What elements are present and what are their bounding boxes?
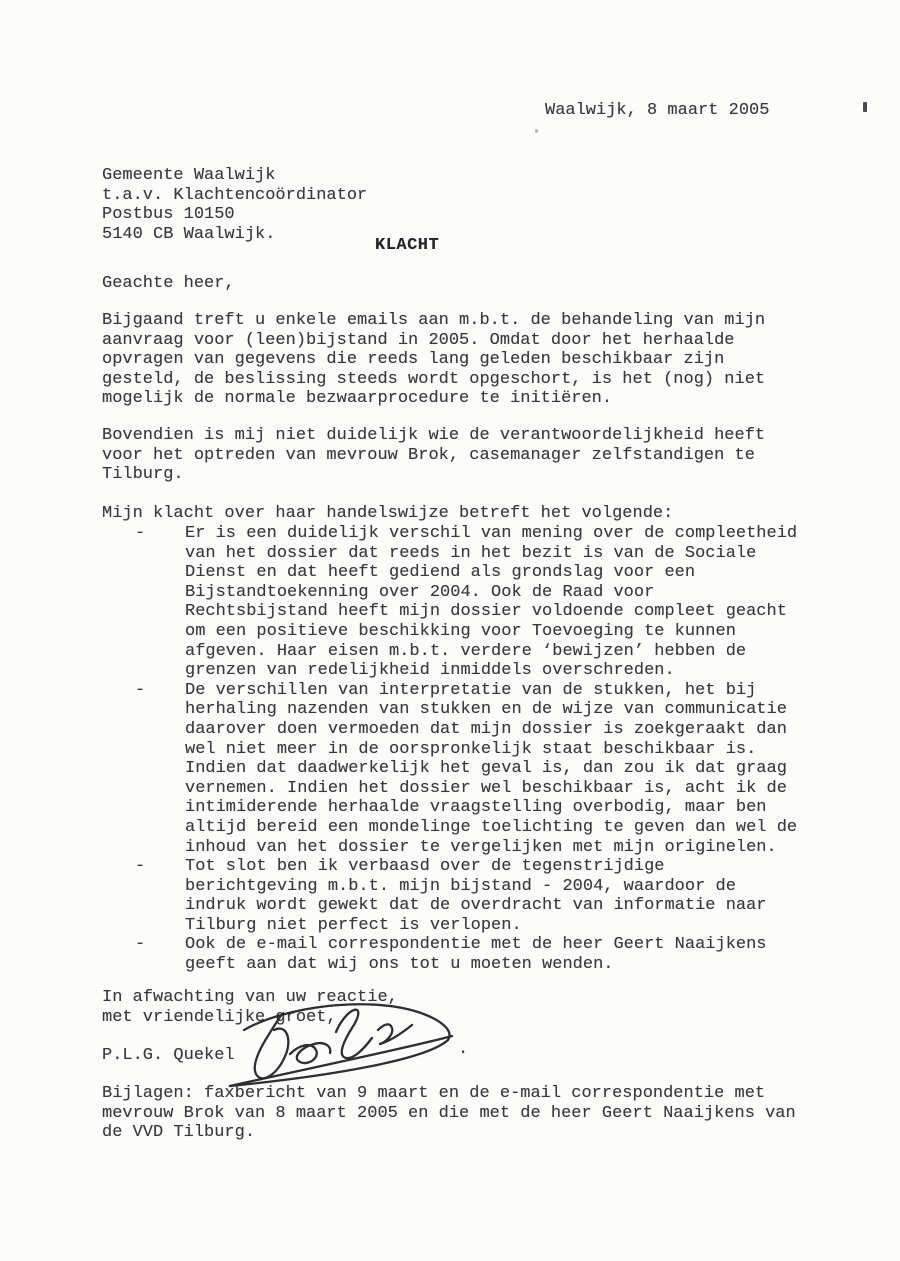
attachments-note: Bijlagen: faxbericht van 9 maart en de e… [102,1084,822,1143]
paragraph-responsibility: Bovendien is mij niet duidelijk wie de v… [102,426,792,485]
date-line: Waalwijk, 8 maart 2005 [545,101,769,121]
bullet-text: Tot slot ben ik verbaasd over de tegenst… [185,857,822,935]
complaint-intro: Mijn klacht over haar handelswijze betre… [102,504,792,524]
bullet-dash: - [135,524,145,544]
scan-speck [535,129,538,133]
bullet-item-contradictory-messages: - Tot slot ben ik verbaasd over de tegen… [102,857,822,935]
bullet-item-email-correspondence: - Ook de e-mail correspondentie met de h… [102,935,822,974]
bullet-dash: - [135,935,145,955]
bullet-text: Er is een duidelijk verschil van mening … [185,524,822,681]
bullet-item-dossier-completeness: - Er is een duidelijk verschil van menin… [102,524,822,681]
paragraph-intro-emails: Bijgaand treft u enkele emails aan m.b.t… [102,311,792,409]
complaint-bullet-list: - Er is een duidelijk verschil van menin… [102,524,822,975]
bullet-dash: - [135,857,145,877]
bullet-dash: - [135,681,145,701]
signer-name: P.L.G. Quekel [102,1046,235,1066]
typed-period-after-signature: . [458,1040,468,1060]
scan-artifact-mark [863,102,867,112]
subject-title: KLACHT [375,236,439,256]
bullet-item-interpretation: - De verschillen van interpretatie van d… [102,681,822,857]
bullet-text: De verschillen van interpretatie van de … [185,681,822,857]
bullet-text: Ook de e-mail correspondentie met de hee… [185,935,822,974]
recipient-address: Gemeente Waalwijk t.a.v. Klachtencoördin… [102,166,367,244]
scanned-letter-page: Waalwijk, 8 maart 2005 Gemeente Waalwijk… [0,0,900,1261]
handwritten-signature [220,1000,464,1094]
salutation: Geachte heer, [102,274,235,294]
